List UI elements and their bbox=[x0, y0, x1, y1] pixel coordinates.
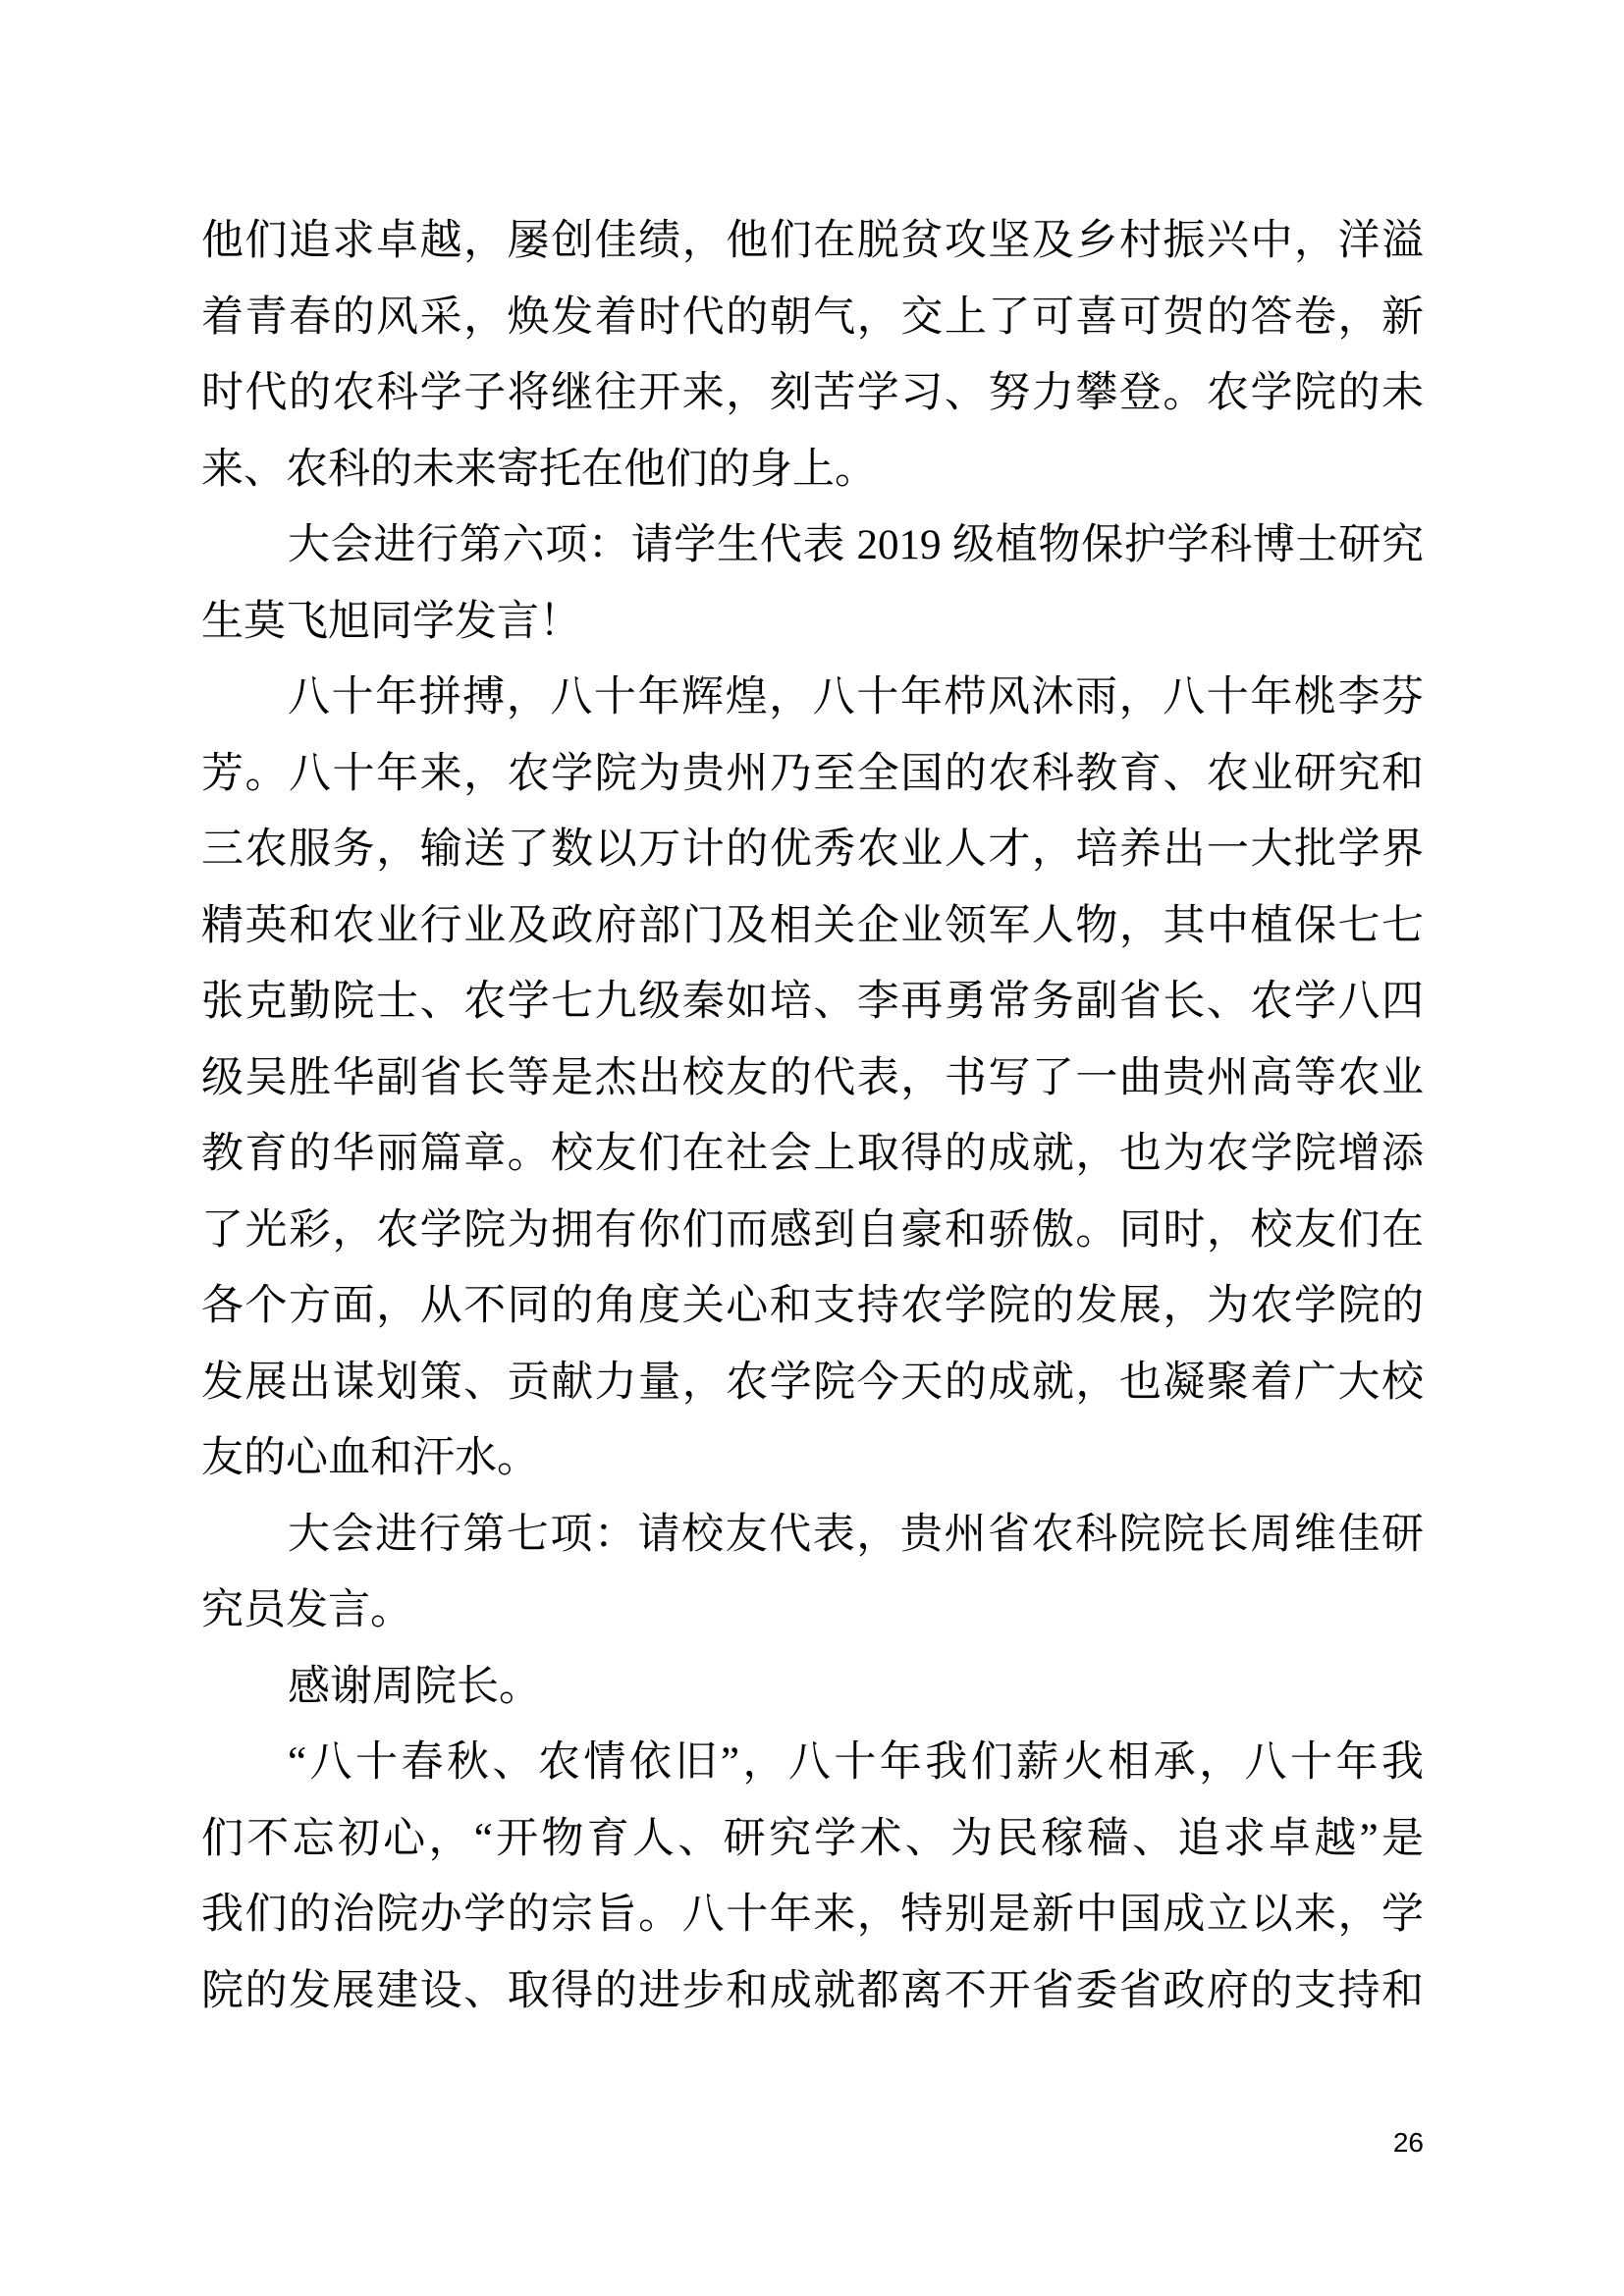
document-page: 他们追求卓越，屡创佳绩，他们在脱贫攻坚及乡村振兴中，洋溢 着青春的风采，焕发着时… bbox=[0, 0, 1624, 2296]
text-line: 来、农科的未来寄托在他们的身上。 bbox=[201, 432, 1424, 508]
text-line: 教育的华丽篇章。校友们在社会上取得的成就，也为农学院增添 bbox=[201, 1116, 1424, 1193]
text-line: 了光彩，农学院为拥有你们而感到自豪和骄傲。同时，校友们在 bbox=[201, 1193, 1424, 1269]
text-line: 着青春的风采，焕发着时代的朝气，交上了可喜可贺的答卷，新 bbox=[201, 280, 1424, 356]
text-line: 究员发言。 bbox=[201, 1573, 1424, 1649]
text-line: 我们的治院办学的宗旨。八十年来，特别是新中国成立以来，学 bbox=[201, 1877, 1424, 1953]
text-block: 他们追求卓越，屡创佳绩，他们在脱贫攻坚及乡村振兴中，洋溢 着青春的风采，焕发着时… bbox=[201, 203, 1424, 2029]
text-line: 大会进行第六项：请学生代表 2019 级植物保护学科博士研究 bbox=[201, 507, 1424, 584]
text-line: 他们追求卓越，屡创佳绩，他们在脱贫攻坚及乡村振兴中，洋溢 bbox=[201, 203, 1424, 280]
text-line: 芳。八十年来，农学院为贵州乃至全国的农科教育、农业研究和 bbox=[201, 736, 1424, 813]
text-line: 精英和农业行业及政府部门及相关企业领军人物，其中植保七七 bbox=[201, 888, 1424, 965]
text-line: 各个方面，从不同的角度关心和支持农学院的发展，为农学院的 bbox=[201, 1268, 1424, 1345]
text-line: “八十春秋、农情依旧”，八十年我们薪火相承，八十年我 bbox=[201, 1725, 1424, 1801]
text-line: 张克勤院士、农学七九级秦如培、李再勇常务副省长、农学八四 bbox=[201, 964, 1424, 1041]
text-line: 们不忘初心，“开物育人、研究学术、为民稼穑、追求卓越”是 bbox=[201, 1801, 1424, 1878]
text-line: 感谢周院长。 bbox=[201, 1649, 1424, 1726]
text-line: 大会进行第七项：请校友代表，贵州省农科院院长周维佳研 bbox=[201, 1497, 1424, 1574]
text-line: 八十年拼搏，八十年辉煌，八十年栉风沐雨，八十年桃李芬 bbox=[201, 660, 1424, 736]
text-line: 生莫飞旭同学发言！ bbox=[201, 584, 1424, 661]
text-line: 三农服务，输送了数以万计的优秀农业人才，培养出一大批学界 bbox=[201, 812, 1424, 888]
text-line: 院的发展建设、取得的进步和成就都离不开省委省政府的支持和 bbox=[201, 1953, 1424, 2030]
text-line: 发展出谋划策、贡献力量，农学院今天的成就，也凝聚着广大校 bbox=[201, 1345, 1424, 1421]
text-line: 级吴胜华副省长等是杰出校友的代表，书写了一曲贵州高等农业 bbox=[201, 1041, 1424, 1117]
text-line: 时代的农科学子将继往开来，刻苦学习、努力攀登。农学院的未 bbox=[201, 355, 1424, 432]
page-number: 26 bbox=[201, 2128, 1424, 2158]
text-line: 友的心血和汗水。 bbox=[201, 1420, 1424, 1497]
